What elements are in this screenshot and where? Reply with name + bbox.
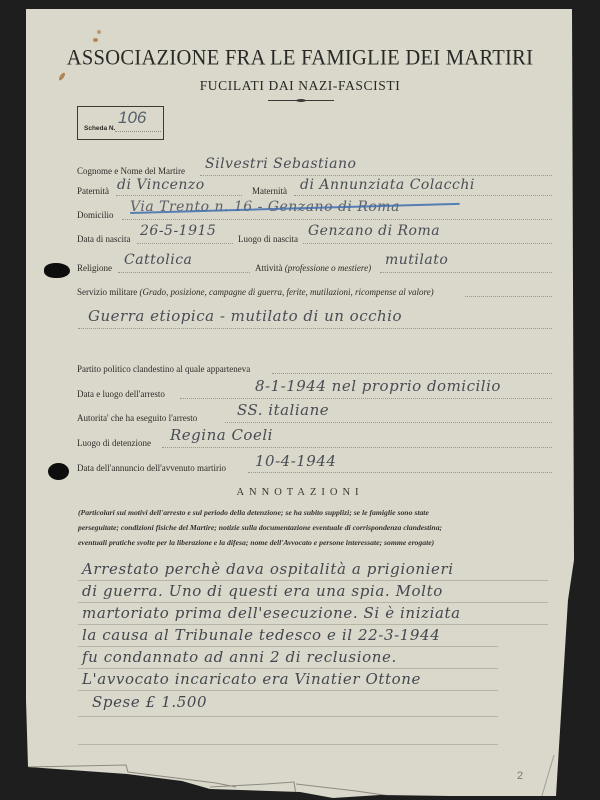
annotazioni-instructions-line: perseguitate; condizioni fisiche del Mar… — [78, 520, 568, 535]
field-line — [78, 328, 552, 329]
value-nome: Silvestri Sebastiano — [205, 156, 356, 172]
annotation-line: Arrestato perchè dava ospitalità a prigi… — [82, 560, 454, 578]
field-line — [116, 195, 242, 196]
title-ornament-divider — [268, 100, 334, 101]
label-autorita: Autorita' che ha eseguito l'arresto — [77, 413, 197, 423]
punch-hole — [44, 263, 70, 278]
value-martirio: 10-4-1944 — [255, 452, 336, 470]
field-line — [303, 243, 552, 244]
value-luogo-nascita: Genzano di Roma — [308, 223, 440, 239]
annotazioni-instructions-line: eventuali pratiche svolte per la liberaz… — [78, 535, 568, 550]
label-maternita: Maternità — [252, 186, 287, 196]
ruled-line — [78, 602, 548, 603]
field-line — [180, 398, 552, 399]
field-line — [465, 296, 552, 297]
document-page: ASSOCIAZIONE FRA LE FAMIGLIE DEI MARTIRI… — [0, 0, 600, 800]
field-line — [272, 373, 552, 374]
value-religione: Cattolica — [124, 252, 192, 268]
field-line — [200, 175, 552, 176]
scheda-label: Scheda N. — [84, 125, 115, 132]
label-servizio-text: Servizio militare — [77, 287, 137, 297]
label-attivita-text: Attività — [255, 263, 283, 273]
label-religione: Religione — [77, 263, 112, 273]
ruled-line — [78, 646, 498, 647]
ruled-line — [78, 690, 498, 691]
value-paternita: di Vincenzo — [117, 177, 205, 193]
value-arresto: 8-1-1944 nel proprio domicilio — [255, 377, 501, 395]
annotazioni-heading: ANNOTAZIONI — [0, 487, 600, 498]
form-subtitle: FUCILATI DAI NAZI-FASCISTI — [0, 78, 600, 94]
field-line — [294, 195, 552, 196]
ruled-line — [78, 716, 498, 717]
value-attivita: mutilato — [385, 252, 448, 268]
form-title: ASSOCIAZIONE FRA LE FAMIGLIE DEI MARTIRI — [0, 46, 600, 71]
value-detenzione: Regina Coeli — [170, 426, 273, 444]
field-line — [248, 472, 552, 473]
value-servizio-militare: Guerra etiopica - mutilato di un occhio — [88, 307, 402, 325]
annotation-line: martoriato prima dell'esecuzione. Si è i… — [82, 604, 461, 622]
field-line — [162, 447, 552, 448]
label-servizio-militare: Servizio militare (Grado, posizione, cam… — [77, 287, 434, 297]
rust-stain — [93, 38, 98, 42]
annotation-line: di guerra. Uno di questi era una spia. M… — [82, 582, 443, 600]
field-line — [380, 272, 552, 273]
label-partito: Partito politico clandestino al quale ap… — [77, 364, 250, 374]
page-number: 2 — [517, 770, 523, 782]
scheda-number-box: Scheda N. 106 — [77, 106, 164, 140]
label-servizio-note: (Grado, posizione, campagne di guerra, f… — [139, 287, 433, 297]
annotation-line: Spese £ 1.500 — [92, 693, 207, 711]
scheda-number: 106 — [118, 108, 146, 128]
label-domicilio: Domicilio — [77, 210, 114, 220]
torn-bottom-creases — [26, 755, 566, 800]
ruled-line — [78, 580, 548, 581]
value-data-nascita: 26-5-1915 — [140, 223, 216, 239]
rust-stain — [97, 30, 101, 34]
punch-hole — [48, 463, 69, 480]
ruled-line — [78, 744, 498, 745]
annotation-line: fu condannato ad anni 2 di reclusione. — [82, 648, 397, 666]
value-maternita: di Annunziata Colacchi — [300, 177, 475, 193]
field-line — [122, 219, 552, 220]
annotation-line: la causa al Tribunale tedesco e il 22-3-… — [82, 626, 440, 644]
field-line — [137, 243, 233, 244]
scheda-dotted-line — [115, 131, 161, 132]
label-data-nascita: Data di nascita — [77, 234, 130, 244]
annotazioni-instructions-line: (Particolari sui motivi dell'arresto e s… — [78, 505, 568, 520]
label-luogo-nascita: Luogo di nascita — [238, 234, 298, 244]
ruled-line — [78, 668, 498, 669]
ruled-line — [78, 624, 548, 625]
field-line — [225, 422, 552, 423]
label-martirio: Data dell'annuncio dell'avvenuto martiri… — [77, 463, 226, 473]
label-arresto: Data e luogo dell'arresto — [77, 389, 165, 399]
field-line — [118, 272, 250, 273]
annotation-line: L'avvocato incaricato era Vinatier Otton… — [82, 670, 421, 688]
label-attivita: Attività (professione o mestiere) — [255, 263, 371, 273]
value-autorita: SS. italiane — [237, 401, 329, 419]
label-detenzione: Luogo di detenzione — [77, 438, 151, 448]
label-paternita: Paternità — [77, 186, 109, 196]
label-attivita-note: (professione o mestiere) — [285, 263, 371, 273]
label-nome: Cognome e Nome del Martire — [77, 166, 185, 176]
